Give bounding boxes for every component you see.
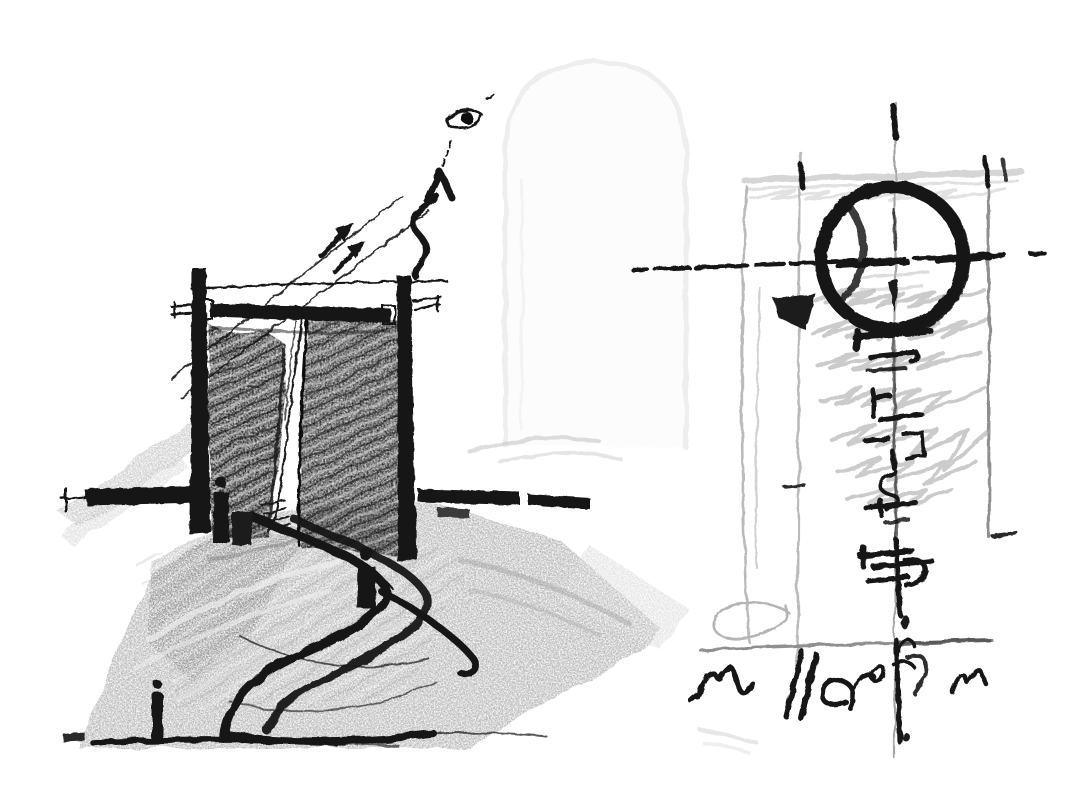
axis-dark-top — [893, 106, 896, 138]
annotation-scribbles — [690, 640, 986, 718]
lasso-loop — [714, 602, 788, 638]
candle-figure-body — [152, 692, 163, 742]
top-intersection-dash-3 — [1003, 160, 1006, 180]
right-line-end-dash — [993, 533, 1016, 536]
top-construction-band — [744, 172, 1022, 180]
plan-circle-arc-left — [838, 204, 863, 303]
faint-bottom-streak-2 — [703, 742, 748, 752]
construction-vertical-right — [987, 164, 989, 537]
plan-ink-fills — [773, 280, 910, 742]
axis-rung — [886, 519, 908, 523]
low-wall-right-c — [437, 507, 470, 519]
ghost-arch — [505, 62, 686, 448]
axis-dark-bottom — [896, 640, 900, 742]
figure-at-gate-head — [216, 477, 227, 488]
ramp-band — [58, 420, 212, 528]
plan-ink — [633, 106, 1054, 742]
lintel-beam — [210, 303, 391, 323]
dot-mark-upper — [901, 615, 910, 629]
top-intersection-dash-2 — [985, 158, 988, 186]
low-wall-right-a — [418, 489, 520, 505]
figure-on-path-body — [357, 566, 376, 608]
ascent-arrow-head — [427, 172, 452, 200]
scribble-right-loop — [908, 655, 926, 694]
ground-line — [93, 740, 335, 743]
candle-figure-head — [153, 680, 162, 689]
figure-at-gate-body — [213, 492, 230, 543]
left-small-dash — [785, 485, 804, 487]
right-sketch — [633, 102, 1054, 758]
gate-step-block — [232, 512, 252, 545]
sketch-page — [0, 0, 1080, 810]
low-wall-left — [84, 486, 199, 506]
top-intersection-dash-1 — [800, 164, 803, 188]
scribble-slash-1 — [786, 652, 802, 716]
scribble-small-loop — [870, 667, 884, 681]
construction-vertical-3 — [797, 152, 800, 668]
faint-bottom-streak-1 — [700, 730, 756, 742]
figure-on-path-head — [360, 548, 373, 561]
scribble-m-right — [952, 670, 986, 692]
far-left-mark — [63, 732, 85, 742]
left-sketch — [58, 62, 690, 748]
dark-wedge — [773, 294, 816, 330]
axis-inner-seg — [894, 210, 896, 250]
axis-rung — [868, 368, 905, 371]
peg-lines-right — [413, 296, 441, 311]
eye-tick — [487, 95, 494, 99]
construction-vertical-1 — [742, 186, 749, 642]
scribble-slash-2 — [801, 655, 816, 718]
scribble-m-left — [690, 667, 753, 700]
circle-inner-scribble-1 — [858, 272, 928, 278]
scribble-a-loop — [822, 680, 853, 708]
low-wall-right-b — [528, 494, 590, 509]
dot-mark-lower — [902, 733, 910, 742]
crosshair-heavy-seg — [938, 256, 988, 260]
sketch-canvas — [0, 0, 1080, 810]
gate-right-post — [397, 276, 417, 562]
ascent-arrow — [413, 95, 494, 277]
ascent-dashed-line — [443, 139, 452, 166]
construction-vertical-2 — [756, 288, 760, 568]
eye-pupil — [461, 112, 473, 124]
zigzag-row — [822, 388, 985, 412]
ascent-arrow-shaft — [413, 196, 436, 277]
axis-rung — [880, 415, 922, 420]
peg-lines-left — [171, 302, 191, 317]
